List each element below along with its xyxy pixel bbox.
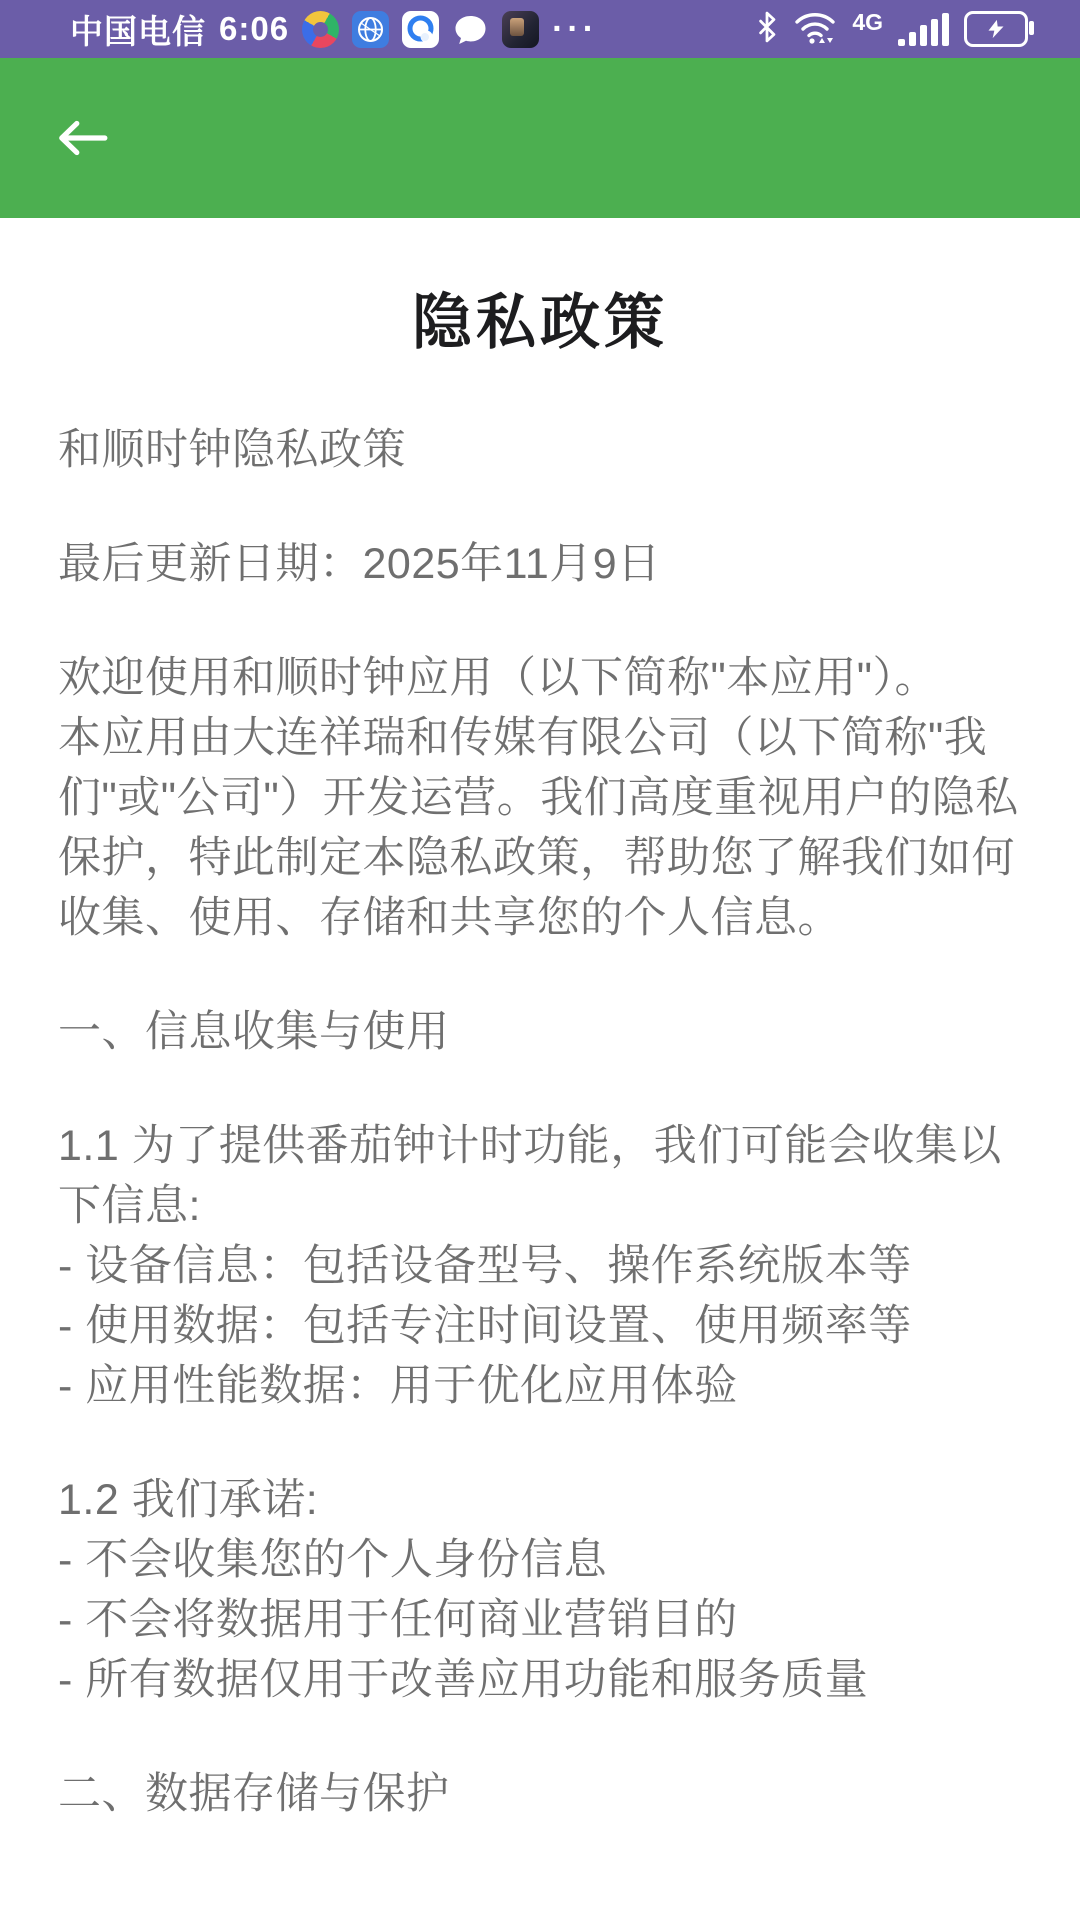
game-app-icon bbox=[502, 11, 539, 48]
message-app-icon bbox=[452, 11, 489, 48]
text-line: 和顺时钟隐私政策 bbox=[58, 420, 1022, 480]
battery-charging-icon bbox=[964, 11, 1028, 47]
back-button[interactable] bbox=[52, 108, 112, 168]
wifi-icon bbox=[793, 9, 837, 50]
bullet-line: - 所有数据仅用于改善应用功能和服务质量 bbox=[58, 1650, 1022, 1710]
section-heading-text: 二、数据存储与保护 bbox=[58, 1764, 1022, 1824]
text-line: 本应用由大连祥瑞和传媒有限公司（以下简称"我 bbox=[58, 708, 1022, 768]
status-bar-right: 4G bbox=[756, 9, 1028, 50]
text-line: 下信息: bbox=[58, 1176, 1022, 1236]
status-bar[interactable]: 中国电信 6:06 bbox=[0, 0, 1080, 58]
section-1-heading: 一、信息收集与使用 bbox=[58, 1002, 1022, 1062]
page-title: 隐私政策 bbox=[58, 288, 1022, 358]
bluetooth-icon bbox=[756, 11, 778, 48]
text-line: 1.1 为了提供番茄钟计时功能，我们可能会收集以 bbox=[58, 1116, 1022, 1176]
section-2-heading: 二、数据存储与保护 bbox=[58, 1764, 1022, 1824]
bullet-line: - 不会收集您的个人身份信息 bbox=[58, 1530, 1022, 1590]
privacy-policy-content[interactable]: 隐私政策 和顺时钟隐私政策 最后更新日期：2025年11月9日 欢迎使用和顺时钟… bbox=[0, 218, 1080, 1824]
carrier-label: 中国电信 bbox=[70, 6, 206, 53]
text-line: 最后更新日期：2025年11月9日 bbox=[58, 534, 1022, 594]
qq-browser-app-icon bbox=[402, 11, 439, 48]
signal-strength-icon bbox=[898, 12, 949, 46]
text-line: 收集、使用、存储和共享您的个人信息。 bbox=[58, 888, 1022, 948]
last-updated-paragraph: 最后更新日期：2025年11月9日 bbox=[58, 534, 1022, 594]
section-heading-text: 一、信息收集与使用 bbox=[58, 1002, 1022, 1062]
section-1-2-paragraph: 1.2 我们承诺: - 不会收集您的个人身份信息 - 不会将数据用于任何商业营销… bbox=[58, 1470, 1022, 1710]
network-type-label: 4G bbox=[852, 9, 883, 36]
bullet-line: - 应用性能数据：用于优化应用体验 bbox=[58, 1356, 1022, 1416]
text-line: 们"或"公司"）开发运营。我们高度重视用户的隐私 bbox=[58, 768, 1022, 828]
app-name-paragraph: 和顺时钟隐私政策 bbox=[58, 420, 1022, 480]
bullet-line: - 设备信息：包括设备型号、操作系统版本等 bbox=[58, 1236, 1022, 1296]
pinwheel-app-icon bbox=[302, 11, 339, 48]
clock-label: 6:06 bbox=[219, 10, 289, 48]
bullet-line: - 不会将数据用于任何商业营销目的 bbox=[58, 1590, 1022, 1650]
arrow-left-icon bbox=[55, 115, 109, 161]
phone-screen: 中国电信 6:06 bbox=[0, 0, 1080, 1920]
text-line: 欢迎使用和顺时钟应用（以下简称"本应用"）。 bbox=[58, 648, 1022, 708]
section-1-1-paragraph: 1.1 为了提供番茄钟计时功能，我们可能会收集以 下信息: - 设备信息：包括设… bbox=[58, 1116, 1022, 1416]
browser-app-icon bbox=[352, 11, 389, 48]
bullet-line: - 使用数据：包括专注时间设置、使用频率等 bbox=[58, 1296, 1022, 1356]
status-bar-left: 中国电信 6:06 bbox=[70, 6, 598, 53]
intro-paragraph: 欢迎使用和顺时钟应用（以下简称"本应用"）。 本应用由大连祥瑞和传媒有限公司（以… bbox=[58, 648, 1022, 948]
text-line: 1.2 我们承诺: bbox=[58, 1470, 1022, 1530]
more-notifications-icon: ··· bbox=[552, 11, 598, 48]
app-header bbox=[0, 58, 1080, 218]
text-line: 保护，特此制定本隐私政策，帮助您了解我们如何 bbox=[58, 828, 1022, 888]
